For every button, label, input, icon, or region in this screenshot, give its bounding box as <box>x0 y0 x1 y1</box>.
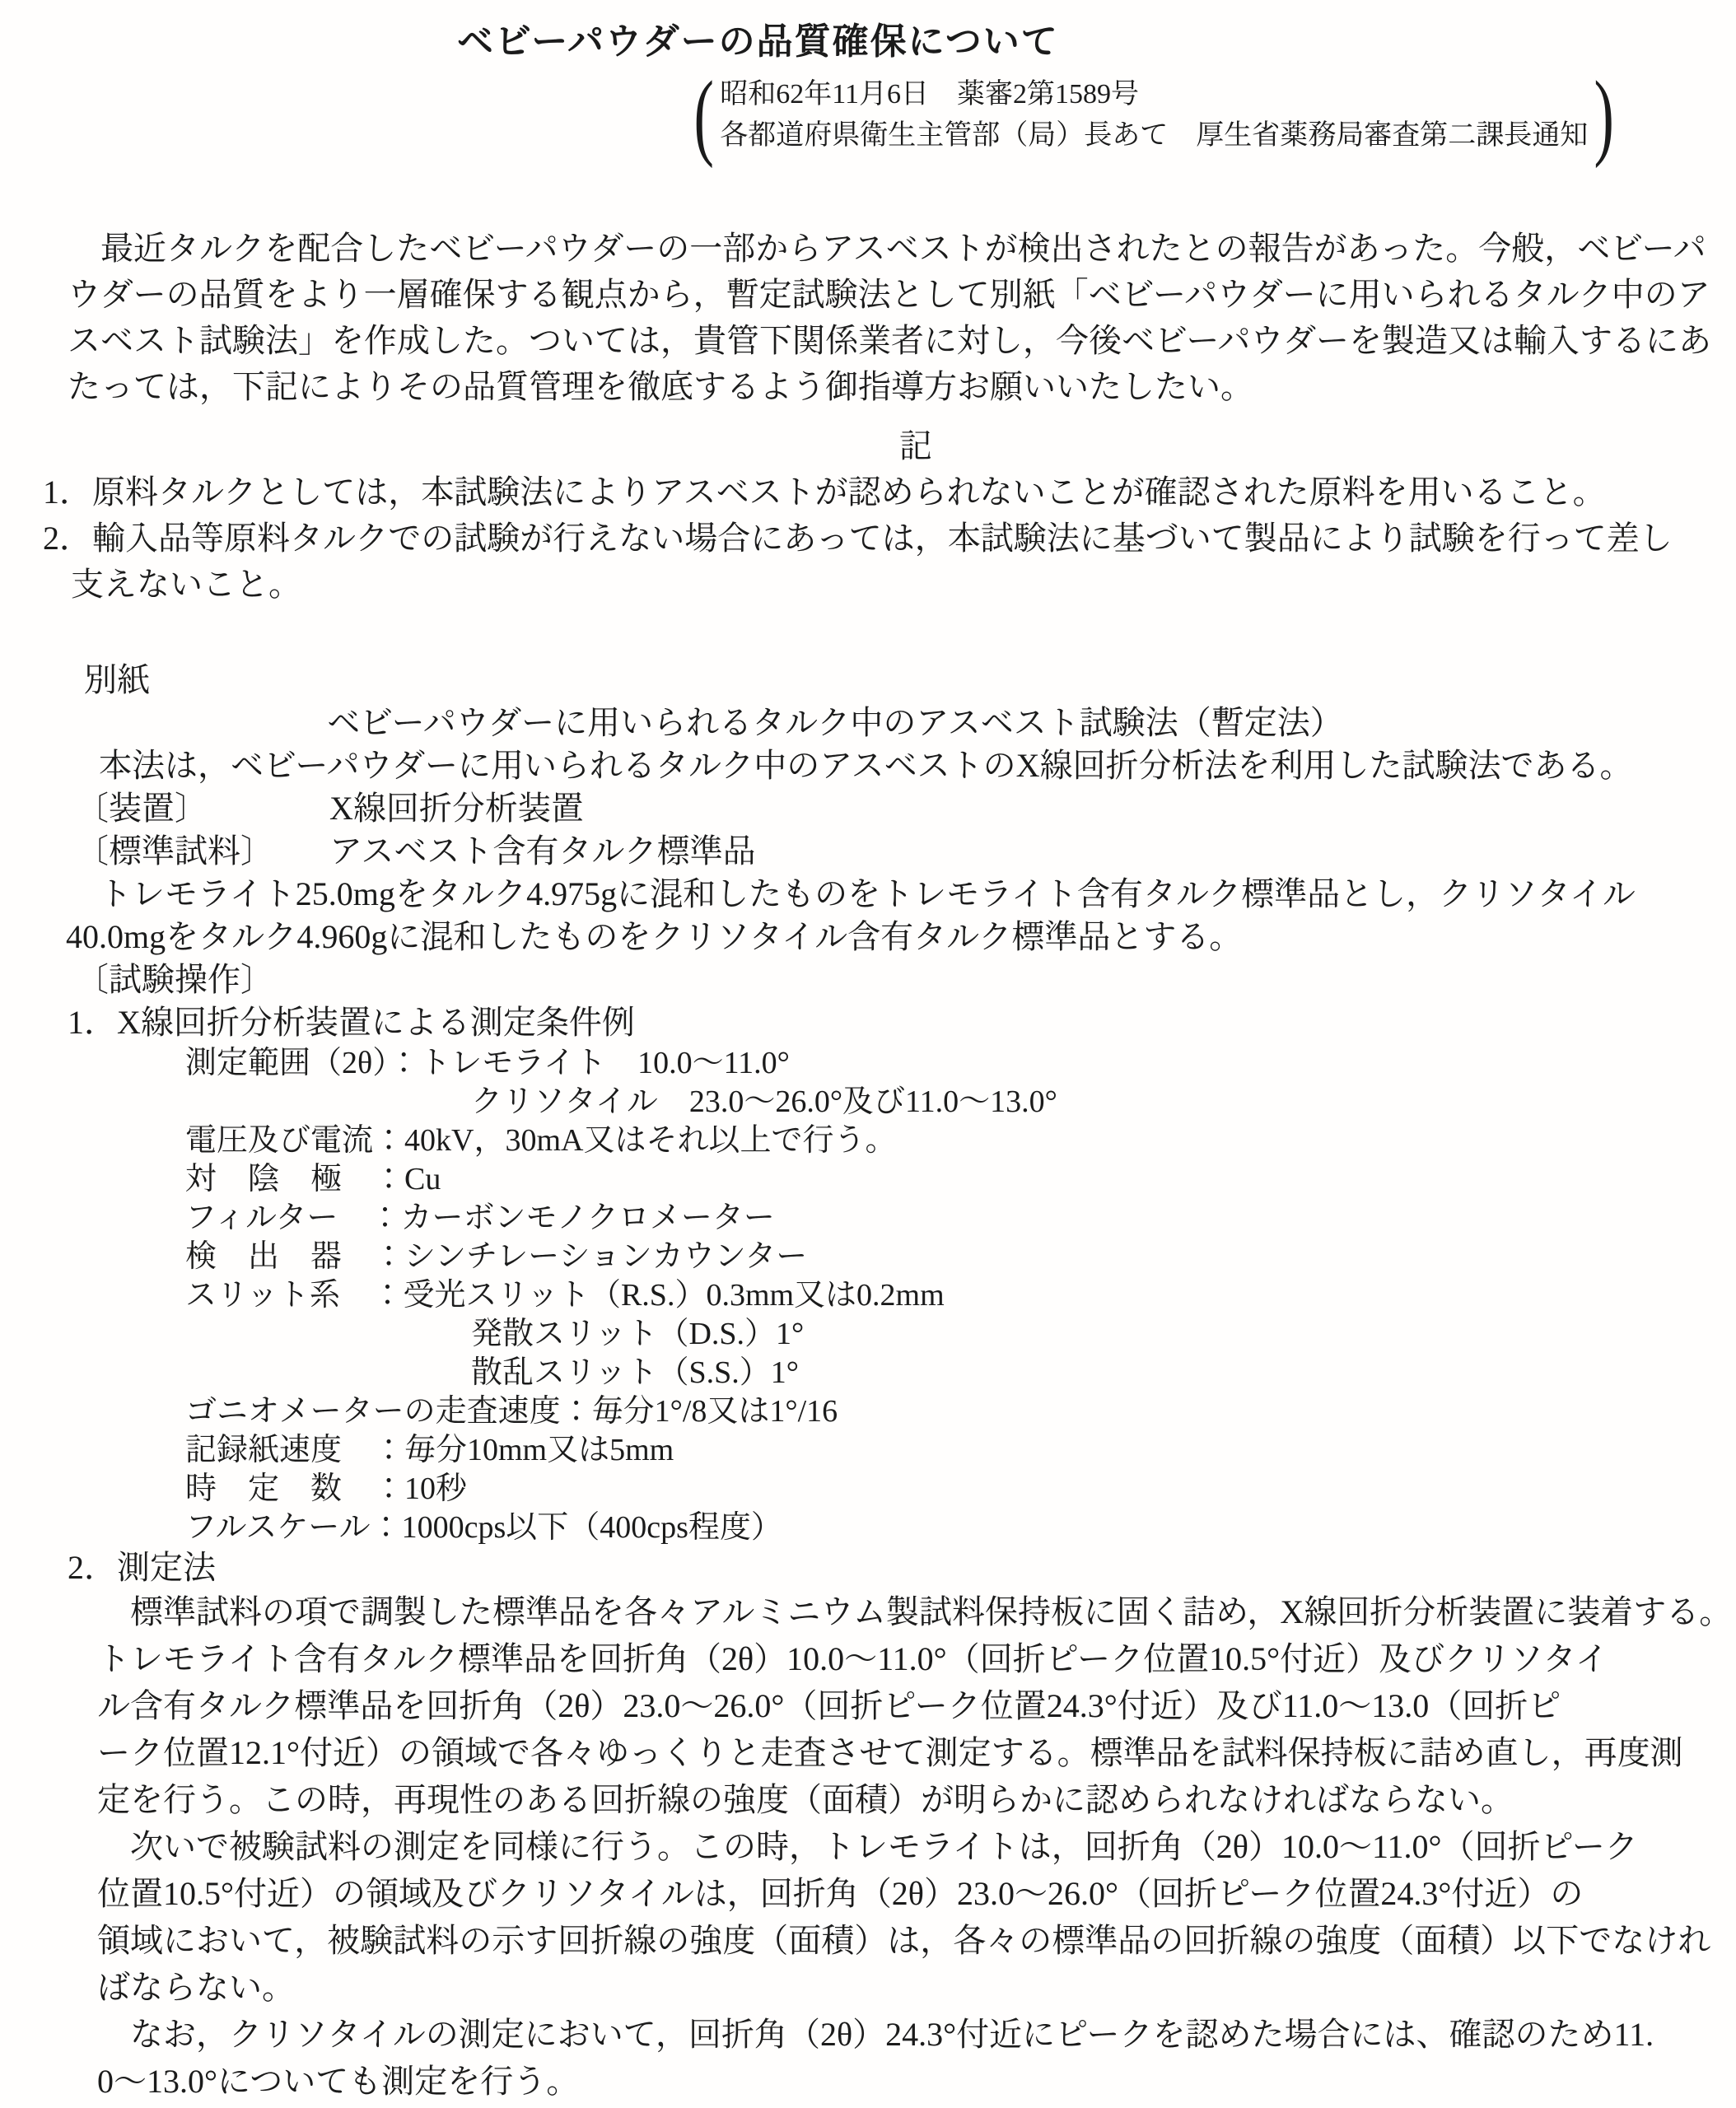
method-paragraph-line: 標準試料の項で調製した標準品を各々アルミニウム製試料保持板に固く詰め，X線回折分… <box>97 1588 1736 1635</box>
method-paragraph-line: 定を行う。この時，再現性のある回折線の強度（面積）が明らかに認められなければなら… <box>97 1776 1736 1823</box>
intro-paragraph: 最近タルクを配合したベビーパウダーの一部からアスベストが検出されたとの報告があっ… <box>68 226 1736 410</box>
procedure-section-label: 〔試験操作〕 <box>76 958 1736 1001</box>
condition-row-goniometer-speed: ゴニオメーターの走査速度：毎分1°/8又は1°/16 <box>185 1392 1736 1431</box>
directives-list: 1．原料タルクとしては，本試験法によりアスベストが認められないことが確認された原… <box>43 469 1736 608</box>
test-method-title: ベビーパウダーに用いられるタルク中のアスベスト試験法（暫定法） <box>0 702 1703 744</box>
intro-paragraph-line: ウダーの品質をより一層確保する観点から，暫定試験法として別紙「ベビーパウダーに用… <box>68 272 1736 318</box>
apparatus-row: 〔装置〕X線回折分析装置 <box>76 787 1736 830</box>
test-method-description: 本法は，ベビーパウダーに用いられるタルク中のアスベストのX線回折分析法を利用した… <box>66 744 1736 787</box>
condition-row-slit-divergence: 発散スリット（D.S.）1° <box>471 1315 1736 1354</box>
method-paragraph-2: 次いで被験試料の測定を同様に行う。この時，トレモライトは，回折角（2θ）10.0… <box>97 1823 1736 2011</box>
method-paragraph-line: トレモライト含有タルク標準品を回折角（2θ）10.0～11.0°（回折ピーク位置… <box>97 1635 1736 1682</box>
standard-preparation-line: 40.0mgをタルク4.960gに混和したものをクリソタイル含有タルク標準品とす… <box>66 916 1736 958</box>
condition-row-anode: 対 陰 極 ：Cu <box>185 1160 1736 1199</box>
condition-row-filter: フィルター ：カーボンモノクロメーター <box>185 1199 1736 1238</box>
condition-row-full-scale: フルスケール：1000cps以下（400cps程度） <box>185 1509 1736 1547</box>
method-paragraph-line: ばならない。 <box>97 1964 1736 2011</box>
method-paragraph-line: ーク位置12.1°付近）の領域で各々ゆっくりと走査させて測定する。標準品を試料保… <box>97 1729 1736 1776</box>
condition-row-time-constant: 時 定 数 ：10秒 <box>185 1470 1736 1509</box>
condition-row-slit-scatter: 散乱スリット（S.S.）1° <box>471 1354 1736 1392</box>
scanned-notice-page: ベビーパウダーの品質確保について ( 昭和62年11月6日 薬審2第1589号 … <box>0 0 1736 2108</box>
reference-open-paren: ( <box>693 74 713 156</box>
condition-row-slit-receiving: スリット系 ：受光スリット（R.S.）0.3mm又は0.2mm <box>185 1276 1736 1315</box>
document-title: ベビーパウダーの品質確保について <box>457 0 1736 66</box>
condition-row-range-chrysotile: クリソタイル 23.0～26.0°及び11.0～13.0° <box>471 1083 1736 1122</box>
measurement-method-heading: 2．測定法 <box>68 1547 1736 1588</box>
reference-close-paren: ) <box>1594 74 1614 156</box>
method-paragraph-line: 位置10.5°付近）の領域及びクリソタイルは，回折角（2θ）23.0～26.0°… <box>97 1870 1736 1917</box>
method-paragraph-line: 領域において，被験試料の示す回折線の強度（面積）は，各々の標準品の回折線の強度（… <box>97 1917 1736 1964</box>
reference-addressee: 各都道府県衛生主管部（局）長あて 厚生省薬務局審査第二課長通知 <box>720 115 1588 156</box>
directive-item-2: 2．輸入品等原料タルクでの試験が行えない場合にあっては，本試験法に基づいて製品に… <box>43 515 1736 562</box>
standard-sample-value: アスベスト含有タルク標準品 <box>329 832 756 870</box>
method-paragraph-line: 次いで被験試料の測定を同様に行う。この時，トレモライトは，回折角（2θ）10.0… <box>97 1823 1736 1870</box>
intro-paragraph-line: スベスト試験法」を作成した。ついては，貴管下関係業者に対し，今後ベビーパウダーを… <box>68 318 1736 364</box>
issuance-reference: ( 昭和62年11月6日 薬審2第1589号 各都道府県衛生主管部（局）長あて … <box>688 74 1618 156</box>
reference-date-number: 昭和62年11月6日 薬審2第1589号 <box>720 74 1588 115</box>
directive-item-2-continuation: 支えないこと。 <box>71 562 1736 608</box>
standard-preparation-line: トレモライト25.0mgをタルク4.975gに混和したものをトレモライト含有タル… <box>66 873 1736 916</box>
appendix-label: 別紙 <box>84 659 1736 702</box>
apparatus-value: X線回折分析装置 <box>329 790 584 827</box>
condition-row-range-tremolite: 測定範囲（2θ）：トレモライト 10.0～11.0° <box>185 1044 1736 1083</box>
intro-paragraph-line: 最近タルクを配合したベビーパウダーの一部からアスベストが検出されたとの報告があっ… <box>68 226 1736 272</box>
ki-heading: 記 <box>49 423 1736 469</box>
intro-paragraph-line: たっては，下記によりその品質管理を徹底するよう御指導方お願いいたしたい。 <box>68 364 1736 410</box>
method-paragraph-line: なお，クリソタイルの測定において，回折角（2θ）24.3°付近にピークを認めた場… <box>97 2011 1736 2058</box>
method-paragraph-line: 0～13.0°についても測定を行う。 <box>97 2058 1736 2105</box>
condition-row-voltage-current: 電圧及び電流：40kV，30mA又はそれ以上で行う。 <box>185 1122 1736 1160</box>
reference-lines: 昭和62年11月6日 薬審2第1589号 各都道府県衛生主管部（局）長あて 厚生… <box>720 74 1588 156</box>
condition-row-chart-speed: 記録紙速度 ：毎分10mm又は5mm <box>185 1431 1736 1470</box>
standard-sample-label: 〔標準試料〕 <box>76 830 329 873</box>
measurement-conditions-heading: 1．X線回折分析装置による測定条件例 <box>68 1001 1736 1044</box>
method-paragraph-line: ル含有タルク標準品を回折角（2θ）23.0～26.0°（回折ピーク位置24.3°… <box>97 1682 1736 1729</box>
standard-preparation: トレモライト25.0mgをタルク4.975gに混和したものをトレモライト含有タル… <box>66 873 1736 958</box>
directive-item-1: 1．原料タルクとしては，本試験法によりアスベストが認められないことが確認された原… <box>43 469 1736 515</box>
method-paragraph-1: 標準試料の項で調製した標準品を各々アルミニウム製試料保持板に固く詰め，X線回折分… <box>97 1588 1736 1823</box>
method-paragraph-3: なお，クリソタイルの測定において，回折角（2θ）24.3°付近にピークを認めた場… <box>97 2011 1736 2105</box>
standard-sample-row: 〔標準試料〕アスベスト含有タルク標準品 <box>76 830 1736 873</box>
apparatus-label: 〔装置〕 <box>76 787 329 830</box>
measurement-conditions: 測定範囲（2θ）：トレモライト 10.0～11.0° クリソタイル 23.0～2… <box>0 1044 1736 1547</box>
condition-row-detector: 検 出 器 ：シンチレーションカウンター <box>185 1238 1736 1276</box>
